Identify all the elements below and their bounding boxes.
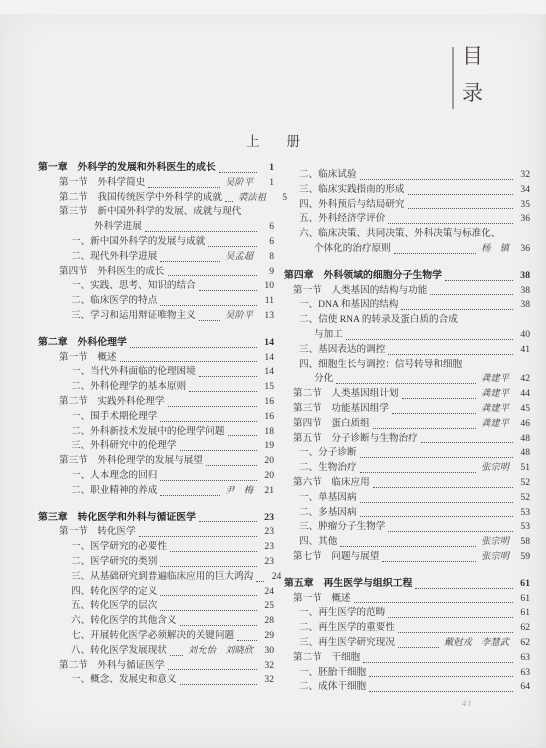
dotted-leader xyxy=(388,354,513,355)
toc-entry: 分化龚建平42 xyxy=(284,372,530,387)
toc-entry-title: 三、从基础研究到普遍临床应用的巨大鸿沟 xyxy=(71,570,253,585)
toc-entry-title: 第一节 概述 xyxy=(293,592,351,607)
toc-entry-page: 63 xyxy=(516,666,530,681)
toc-entry-page: 51 xyxy=(516,461,530,476)
toc-entry: 四、细胞生长与调控：信号转导和细胞 xyxy=(284,358,530,373)
toc-entry-title: 第三节 新中国外科学的发展、成就与现代 xyxy=(59,205,241,220)
toc-entry: 三、再生医学研究现况戴尅戎 李慧武62 xyxy=(284,636,530,651)
dotted-leader xyxy=(160,480,257,481)
dotted-leader xyxy=(408,194,513,195)
dotted-leader xyxy=(402,398,477,399)
toc-entry-title: 二、信使 RNA 的转录及蛋白质的合成 xyxy=(299,313,458,328)
toc-entry-page: 6 xyxy=(260,220,274,235)
dotted-leader xyxy=(398,647,439,648)
dotted-leader xyxy=(398,632,513,633)
dotted-leader xyxy=(120,361,257,362)
dotted-leader xyxy=(160,595,257,596)
toc-entry-page: 53 xyxy=(516,506,530,521)
page-number: 41 xyxy=(462,698,473,708)
toc-entry-title: 一、人本理念的回归 xyxy=(71,469,157,484)
toc-entry-page: 21 xyxy=(260,484,274,499)
toc-entry: 第二节 人类基因组计划龚建平44 xyxy=(284,387,530,402)
dotted-leader xyxy=(148,187,220,188)
dotted-leader xyxy=(388,531,513,532)
toc-entry-page: 53 xyxy=(516,520,530,535)
dotted-leader xyxy=(388,617,513,618)
toc-entry-title: 第一节 外科学简史 xyxy=(59,176,145,191)
toc-entry: 第四节 外科医生的成长9 xyxy=(38,265,274,280)
toc-entry-page: 62 xyxy=(516,621,530,636)
toc-entry-title: 第一节 人类基因的结构与功能 xyxy=(293,284,427,299)
toc-entry-page: 38 xyxy=(516,284,530,299)
toc-entry-page: 11 xyxy=(260,294,274,309)
toc-entry: 第二节 外科与循证医学32 xyxy=(38,659,274,674)
dotted-leader xyxy=(130,347,257,348)
toc-entry: 一、分子诊断48 xyxy=(284,446,530,461)
toc-entry-title: 第二节 人类基因组计划 xyxy=(293,387,399,402)
toc-entry-title: 二、医学研究的类别 xyxy=(71,555,157,570)
dotted-leader xyxy=(180,625,257,626)
toc-entry: 五、转化医学的层次25 xyxy=(38,599,274,614)
toc-entry-title: 三、肿瘤分子生物学 xyxy=(299,520,385,535)
dotted-leader xyxy=(336,383,476,384)
toc-entry-page: 14 xyxy=(260,336,274,351)
toc-entry-title: 二、多基因病 xyxy=(299,506,357,521)
toc-entry-title: 一、医学研究的必要性 xyxy=(71,540,167,555)
toc-entry-title: 一、新中国外科学的发展与成就 xyxy=(71,235,205,250)
toc-entry: 一、概念、发展史和意义32 xyxy=(38,673,274,688)
toc-entry-title: 一、单基因病 xyxy=(299,491,357,506)
toc-entry-author: 尹 梅 xyxy=(225,484,253,499)
toc-entry: 第二节 我国传统医学中外科学的成就裘法祖5 xyxy=(38,191,274,206)
corner-rule-divider xyxy=(452,47,454,109)
toc-entry-title: 一、概念、发展史和意义 xyxy=(71,673,177,688)
toc-entry-title: 第六节 临床应用 xyxy=(293,476,370,491)
toc-entry-page: 45 xyxy=(516,402,530,417)
toc-entry-author: 张宗明 xyxy=(481,550,509,565)
toc-entry-title: 第四节 蛋白质组 xyxy=(293,417,370,432)
toc-entry-title: 第五章 再生医学与组织工程 xyxy=(284,577,412,592)
toc-entry: 第四章 外科领域的细胞分子生物学38 xyxy=(284,269,530,284)
toc-entry: 二、外科新技术发展中的伦理学问题18 xyxy=(38,425,274,440)
dotted-leader xyxy=(208,246,257,247)
toc-entry: 二、外科伦理学的基本原则15 xyxy=(38,380,274,395)
toc-entry-page: 28 xyxy=(260,614,274,629)
toc-entry-title: 四、外科预后与结局研究 xyxy=(299,198,405,213)
toc-entry: 第五节 分子诊断与生物治疗48 xyxy=(284,432,530,447)
toc-entry-title: 二、临床医学的特点 xyxy=(71,294,157,309)
toc-entry-page: 18 xyxy=(260,425,274,440)
toc-entry: 第一节 概述14 xyxy=(38,351,274,366)
toc-entry-title: 六、临床决策、共同决策、外科决策与标准化、 xyxy=(299,227,500,242)
toc-entry-page: 32 xyxy=(260,659,274,674)
toc-entry-author: 吴阶平 xyxy=(225,309,253,324)
toc-entry-title: 四、转化医学的定义 xyxy=(71,585,157,600)
toc-entry: 第四节 蛋白质组龚建平46 xyxy=(284,417,530,432)
dotted-leader xyxy=(160,421,257,422)
toc-entry-page: 61 xyxy=(516,592,530,607)
dotted-leader xyxy=(388,223,513,224)
toc-entry-page: 64 xyxy=(516,680,530,695)
toc-entry: 五、外科经济学评价36 xyxy=(284,212,530,227)
toc-entry-page: 32 xyxy=(516,168,530,183)
toc-column-left: 第一章 外科学的发展和外科医生的成长1第一节 外科学简史吴阶平1第二节 我国传统… xyxy=(38,161,274,688)
dotted-leader xyxy=(369,676,513,677)
dotted-leader xyxy=(363,662,513,663)
toc-entry-page: 44 xyxy=(516,387,530,402)
toc-entry-page: 16 xyxy=(260,410,274,425)
toc-entry-page: 1 xyxy=(260,176,274,191)
toc-entry-page: 29 xyxy=(260,629,274,644)
toc-entry-title: 二、职业精神的养成 xyxy=(71,484,157,499)
toc-entry: 第六节 临床应用52 xyxy=(284,476,530,491)
toc-entry-page: 52 xyxy=(516,476,530,491)
toc-entry-title: 第二节 我国传统医学中外科学的成就 xyxy=(59,191,222,206)
toc-entry-page: 58 xyxy=(516,535,530,550)
toc-entry-title: 第三节 外科伦理学的发展与展望 xyxy=(59,454,203,469)
toc-entry: 一、围手术期伦理学16 xyxy=(38,410,274,425)
toc-entry-author: 龚建平 xyxy=(481,372,509,387)
toc-entry-title: 六、转化医学的其他含义 xyxy=(71,614,177,629)
toc-entry-page: 23 xyxy=(260,525,274,540)
toc-entry: 六、转化医学的其他含义28 xyxy=(38,614,274,629)
toc-entry-page: 1 xyxy=(260,161,274,176)
dotted-leader xyxy=(199,290,257,291)
toc-entry: 一、再生医学的范畴61 xyxy=(284,606,530,621)
toc-entry-title: 第七节 问题与展望 xyxy=(293,550,379,565)
toc-entry: 一、实践、思考、知识的结合10 xyxy=(38,279,274,294)
toc-entry: 一、当代外科面临的伦理困境14 xyxy=(38,365,274,380)
toc-entry-page: 36 xyxy=(516,242,530,257)
toc-entry-title: 第三节 功能基因组学 xyxy=(293,402,389,417)
toc-entry: 七、开展转化医学必须解决的关键问题29 xyxy=(38,629,274,644)
toc-entry-page: 30 xyxy=(260,644,274,659)
dotted-leader xyxy=(237,640,257,641)
toc-entry: 第一章 外科学的发展和外科医生的成长1 xyxy=(38,161,274,176)
dotted-leader xyxy=(256,581,264,582)
toc-entry-page: 61 xyxy=(516,577,530,592)
dotted-leader xyxy=(160,566,257,567)
toc-entry: 第五章 再生医学与组织工程61 xyxy=(284,577,530,592)
toc-entry: 四、转化医学的定义24 xyxy=(38,585,274,600)
toc-entry-page: 40 xyxy=(516,328,530,343)
toc-entry-page: 35 xyxy=(516,198,530,213)
toc-entry: 三、外科研究中的伦理学19 xyxy=(38,439,274,454)
toc-entry: 八、转化医学发展现状刘允怡 刘晓欣30 xyxy=(38,644,274,659)
toc-entry-page: 23 xyxy=(260,540,274,555)
toc-entry-author: 张宗明 xyxy=(481,461,509,476)
toc-entry-title: 三、基因表达的调控 xyxy=(299,343,385,358)
toc-entry-title: 二、临床试验 xyxy=(299,168,357,183)
toc-entry-page: 36 xyxy=(516,212,530,227)
toc-entry-title: 五、转化医学的层次 xyxy=(71,599,157,614)
dotted-leader xyxy=(415,588,513,589)
toc-entry-page: 32 xyxy=(260,673,274,688)
toc-entry-title: 个体化的治疗原则 xyxy=(314,242,391,257)
toc-entry: 第二章 外科伦理学14 xyxy=(38,336,274,351)
dotted-leader xyxy=(145,231,257,232)
dotted-leader xyxy=(180,684,257,685)
toc-entry-author: 张宗明 xyxy=(481,535,509,550)
toc-entry-title: 第二节 外科与循证医学 xyxy=(59,659,165,674)
toc-entry: 第三章 转化医学和外科与循证医学23 xyxy=(38,511,274,526)
corner-char-lu: 录 xyxy=(462,81,483,105)
toc-entry-author: 龚建平 xyxy=(481,417,509,432)
toc-entry: 二、信使 RNA 的转录及蛋白质的合成 xyxy=(284,313,530,328)
dotted-leader xyxy=(168,669,257,670)
toc-entry-page: 6 xyxy=(260,235,274,250)
toc-entry: 个体化的治疗原则杨 镇36 xyxy=(284,242,530,257)
toc-entry-page: 14 xyxy=(260,365,274,380)
toc-entry-page: 10 xyxy=(260,279,274,294)
toc-entry-title: 一、围手术期伦理学 xyxy=(71,410,157,425)
toc-entry-page: 14 xyxy=(260,351,274,366)
dotted-leader xyxy=(170,655,183,656)
toc-entry-title: 一、当代外科面临的伦理困境 xyxy=(71,365,196,380)
toc-entry-title: 三、学习和运用辩证唯物主义 xyxy=(71,309,196,324)
toc-entry-page: 24 xyxy=(267,570,281,585)
dotted-leader xyxy=(206,465,257,466)
toc-entry-title: 一、实践、思考、知识的结合 xyxy=(71,279,196,294)
toc-entry: 一、新中国外科学的发展与成就6 xyxy=(38,235,274,250)
toc-entry: 二、临床医学的特点11 xyxy=(38,294,274,309)
toc-entry-title: 二、生物治疗 xyxy=(299,461,357,476)
dotted-leader xyxy=(421,442,513,443)
toc-entry-title: 二、外科伦理学的基本原则 xyxy=(71,380,186,395)
dotted-leader xyxy=(180,450,257,451)
dotted-leader xyxy=(394,253,476,254)
toc-entry-page: 9 xyxy=(260,265,274,280)
toc-entry-page: 19 xyxy=(260,439,274,454)
toc-entry-title: 三、临床实践指南的形成 xyxy=(299,183,405,198)
dotted-leader xyxy=(373,487,513,488)
toc-entry: 第二节 干细胞63 xyxy=(284,651,530,666)
toc-entry-title: 一、胚胎干细胞 xyxy=(299,666,366,681)
toc-entry: 一、医学研究的必要性23 xyxy=(38,540,274,555)
toc-entry-title: 第一节 概述 xyxy=(59,351,117,366)
toc-entry-title: 三、再生医学研究现况 xyxy=(299,636,395,651)
toc-entry-title: 四、其他 xyxy=(299,535,337,550)
toc-entry-title: 一、再生医学的范畴 xyxy=(299,606,385,621)
toc-corner-chars: 目 录 xyxy=(462,44,483,105)
dotted-leader xyxy=(360,472,477,473)
toc-entry-page: 23 xyxy=(260,555,274,570)
toc-entry-title: 分化 xyxy=(314,372,333,387)
toc-entry-page: 52 xyxy=(516,491,530,506)
toc-entry: 第三节 新中国外科学的发展、成就与现代 xyxy=(38,205,274,220)
toc-entry-title: 五、外科经济学评价 xyxy=(299,212,385,227)
dotted-leader xyxy=(373,428,476,429)
toc-entry-page: 13 xyxy=(260,309,274,324)
toc-entry-title: 第二章 外科伦理学 xyxy=(38,336,127,351)
dotted-leader xyxy=(160,495,220,496)
toc-entry: 第三节 外科伦理学的发展与展望20 xyxy=(38,454,274,469)
toc-entry-page: 61 xyxy=(516,606,530,621)
toc-entry-author: 戴尅戎 李慧武 xyxy=(444,636,509,651)
toc-entry-author: 吴阶平 xyxy=(225,176,253,191)
toc-entry: 一、DNA 和基因的结构38 xyxy=(284,298,530,313)
toc-entry: 六、临床决策、共同决策、外科决策与标准化、 xyxy=(284,227,530,242)
corner-char-mu: 目 xyxy=(462,44,483,68)
toc-entry: 第七节 问题与展望张宗明59 xyxy=(284,550,530,565)
toc-entry-page: 24 xyxy=(260,585,274,600)
toc-entry: 二、医学研究的类别23 xyxy=(38,555,274,570)
dotted-leader xyxy=(340,546,476,547)
toc-entry: 三、从基础研究到普遍临床应用的巨大鸿沟24 xyxy=(38,570,274,585)
dotted-leader xyxy=(360,502,513,503)
toc-entry-page: 38 xyxy=(516,269,530,284)
toc-entry-title: 第三章 转化医学和外科与循证医学 xyxy=(38,511,196,526)
toc-entry-title: 第一章 外科学的发展和外科医生的成长 xyxy=(38,161,216,176)
toc-entry-title: 外科学进展 xyxy=(94,220,142,235)
dotted-leader xyxy=(160,261,220,262)
toc-entry-title: 七、开展转化医学必须解决的关键问题 xyxy=(71,629,234,644)
toc-entry: 二、现代外科学进展吴孟超8 xyxy=(38,250,274,265)
dotted-leader xyxy=(346,339,513,340)
dotted-leader xyxy=(199,521,257,522)
toc-entry-page: 42 xyxy=(516,372,530,387)
dotted-leader xyxy=(360,516,513,517)
dotted-leader xyxy=(199,376,257,377)
toc-entry-title: 第四节 外科医生的成长 xyxy=(59,265,165,280)
dotted-leader xyxy=(160,305,257,306)
toc-entry: 第一节 人类基因的结构与功能38 xyxy=(284,284,530,299)
book-toc-page: 目 录 上 册 第一章 外科学的发展和外科医生的成长1第一节 外科学简史吴阶平1… xyxy=(0,0,546,748)
dotted-leader xyxy=(189,391,257,392)
dotted-leader xyxy=(401,309,513,310)
toc-entry-page: 63 xyxy=(516,651,530,666)
dotted-leader xyxy=(445,280,513,281)
toc-entry: 三、肿瘤分子生物学53 xyxy=(284,520,530,535)
toc-entry: 第三节 功能基因组学龚建平45 xyxy=(284,402,530,417)
toc-entry-title: 第二节 干细胞 xyxy=(293,651,360,666)
toc-entry: 外科学进展6 xyxy=(38,220,274,235)
dotted-leader xyxy=(392,413,476,414)
toc-entry: 二、成体干细胞64 xyxy=(284,680,530,695)
toc-entry: 一、胚胎干细胞63 xyxy=(284,666,530,681)
toc-entry-title: 第五节 分子诊断与生物治疗 xyxy=(293,432,418,447)
toc-entry-page: 23 xyxy=(260,511,274,526)
toc-entry-title: 八、转化医学发展现状 xyxy=(71,644,167,659)
toc-entry: 第一节 外科学简史吴阶平1 xyxy=(38,176,274,191)
toc-entry-page: 20 xyxy=(260,469,274,484)
toc-entry-title: 第一节 转化医学 xyxy=(59,525,136,540)
toc-entry-page: 41 xyxy=(516,343,530,358)
dotted-leader xyxy=(139,536,257,537)
toc-entry-author: 吴孟超 xyxy=(225,250,253,265)
volume-header: 上 册 xyxy=(0,130,546,150)
dotted-leader xyxy=(228,435,258,436)
toc-entry-title: 与加工 xyxy=(314,328,343,343)
dotted-leader xyxy=(430,294,513,295)
toc-entry: 四、外科预后与结局研究35 xyxy=(284,198,530,213)
toc-entry-title: 二、现代外科学进展 xyxy=(71,250,157,265)
toc-entry-title: 第四章 外科领域的细胞分子生物学 xyxy=(284,269,442,284)
toc-entry: 二、临床试验32 xyxy=(284,168,530,183)
toc-entry: 与加工40 xyxy=(284,328,530,343)
dotted-leader xyxy=(168,406,257,407)
toc-entry-author: 龚建平 xyxy=(481,387,509,402)
toc-entry: 三、基因表达的调控41 xyxy=(284,343,530,358)
toc-entry-title: 二、成体干细胞 xyxy=(299,680,366,695)
dotted-leader xyxy=(382,561,476,562)
toc-entry-page: 46 xyxy=(516,417,530,432)
toc-entry-title: 第二节 实践外科伦理学 xyxy=(59,395,165,410)
dotted-leader xyxy=(354,602,513,603)
toc-entry: 第一节 概述61 xyxy=(284,592,530,607)
toc-entry-page: 34 xyxy=(516,183,530,198)
dotted-leader xyxy=(360,457,513,458)
toc-entry-page: 8 xyxy=(260,250,274,265)
dotted-leader xyxy=(199,320,220,321)
toc-entry: 一、单基因病52 xyxy=(284,491,530,506)
toc-entry-author: 龚建平 xyxy=(481,402,509,417)
dotted-leader xyxy=(360,179,513,180)
toc-entry-page: 15 xyxy=(260,380,274,395)
toc-entry-title: 一、DNA 和基因的结构 xyxy=(299,298,398,313)
toc-entry-page: 48 xyxy=(516,446,530,461)
toc-entry-page: 48 xyxy=(516,432,530,447)
toc-entry: 二、生物治疗张宗明51 xyxy=(284,461,530,476)
toc-entry-author: 裘法祖 xyxy=(238,191,266,206)
toc-entry-author: 杨 镇 xyxy=(481,242,509,257)
toc-entry-page: 62 xyxy=(516,636,530,651)
toc-entry-page: 25 xyxy=(260,599,274,614)
dotted-leader xyxy=(160,610,257,611)
toc-entry-page: 20 xyxy=(260,454,274,469)
toc-entry: 二、多基因病53 xyxy=(284,506,530,521)
dotted-leader xyxy=(168,275,257,276)
toc-entry-page: 38 xyxy=(516,298,530,313)
toc-entry: 三、临床实践指南的形成34 xyxy=(284,183,530,198)
toc-entry-title: 二、外科新技术发展中的伦理学问题 xyxy=(71,425,225,440)
toc-entry: 三、学习和运用辩证唯物主义吴阶平13 xyxy=(38,309,274,324)
toc-entry-author: 刘允怡 刘晓欣 xyxy=(188,644,253,659)
toc-entry-page: 16 xyxy=(260,395,274,410)
toc-entry: 第二节 实践外科伦理学16 xyxy=(38,395,274,410)
toc-entry-title: 三、外科研究中的伦理学 xyxy=(71,439,177,454)
dotted-leader xyxy=(408,208,513,209)
dotted-leader xyxy=(369,691,513,692)
toc-entry-title: 四、细胞生长与调控：信号转导和细胞 xyxy=(299,358,462,373)
dotted-leader xyxy=(219,172,257,173)
toc-column-right: 二、临床试验32三、临床实践指南的形成34四、外科预后与结局研究35五、外科经济… xyxy=(284,168,530,695)
toc-entry: 四、其他张宗明58 xyxy=(284,535,530,550)
dotted-leader xyxy=(225,201,233,202)
toc-entry: 第一节 转化医学23 xyxy=(38,525,274,540)
dotted-leader xyxy=(170,551,257,552)
toc-entry-page: 59 xyxy=(516,550,530,565)
toc-entry: 二、职业精神的养成尹 梅21 xyxy=(38,484,274,499)
toc-entry-title: 一、分子诊断 xyxy=(299,446,357,461)
toc-entry: 二、再生医学的重要性62 xyxy=(284,621,530,636)
toc-entry-title: 二、再生医学的重要性 xyxy=(299,621,395,636)
toc-entry: 一、人本理念的回归20 xyxy=(38,469,274,484)
